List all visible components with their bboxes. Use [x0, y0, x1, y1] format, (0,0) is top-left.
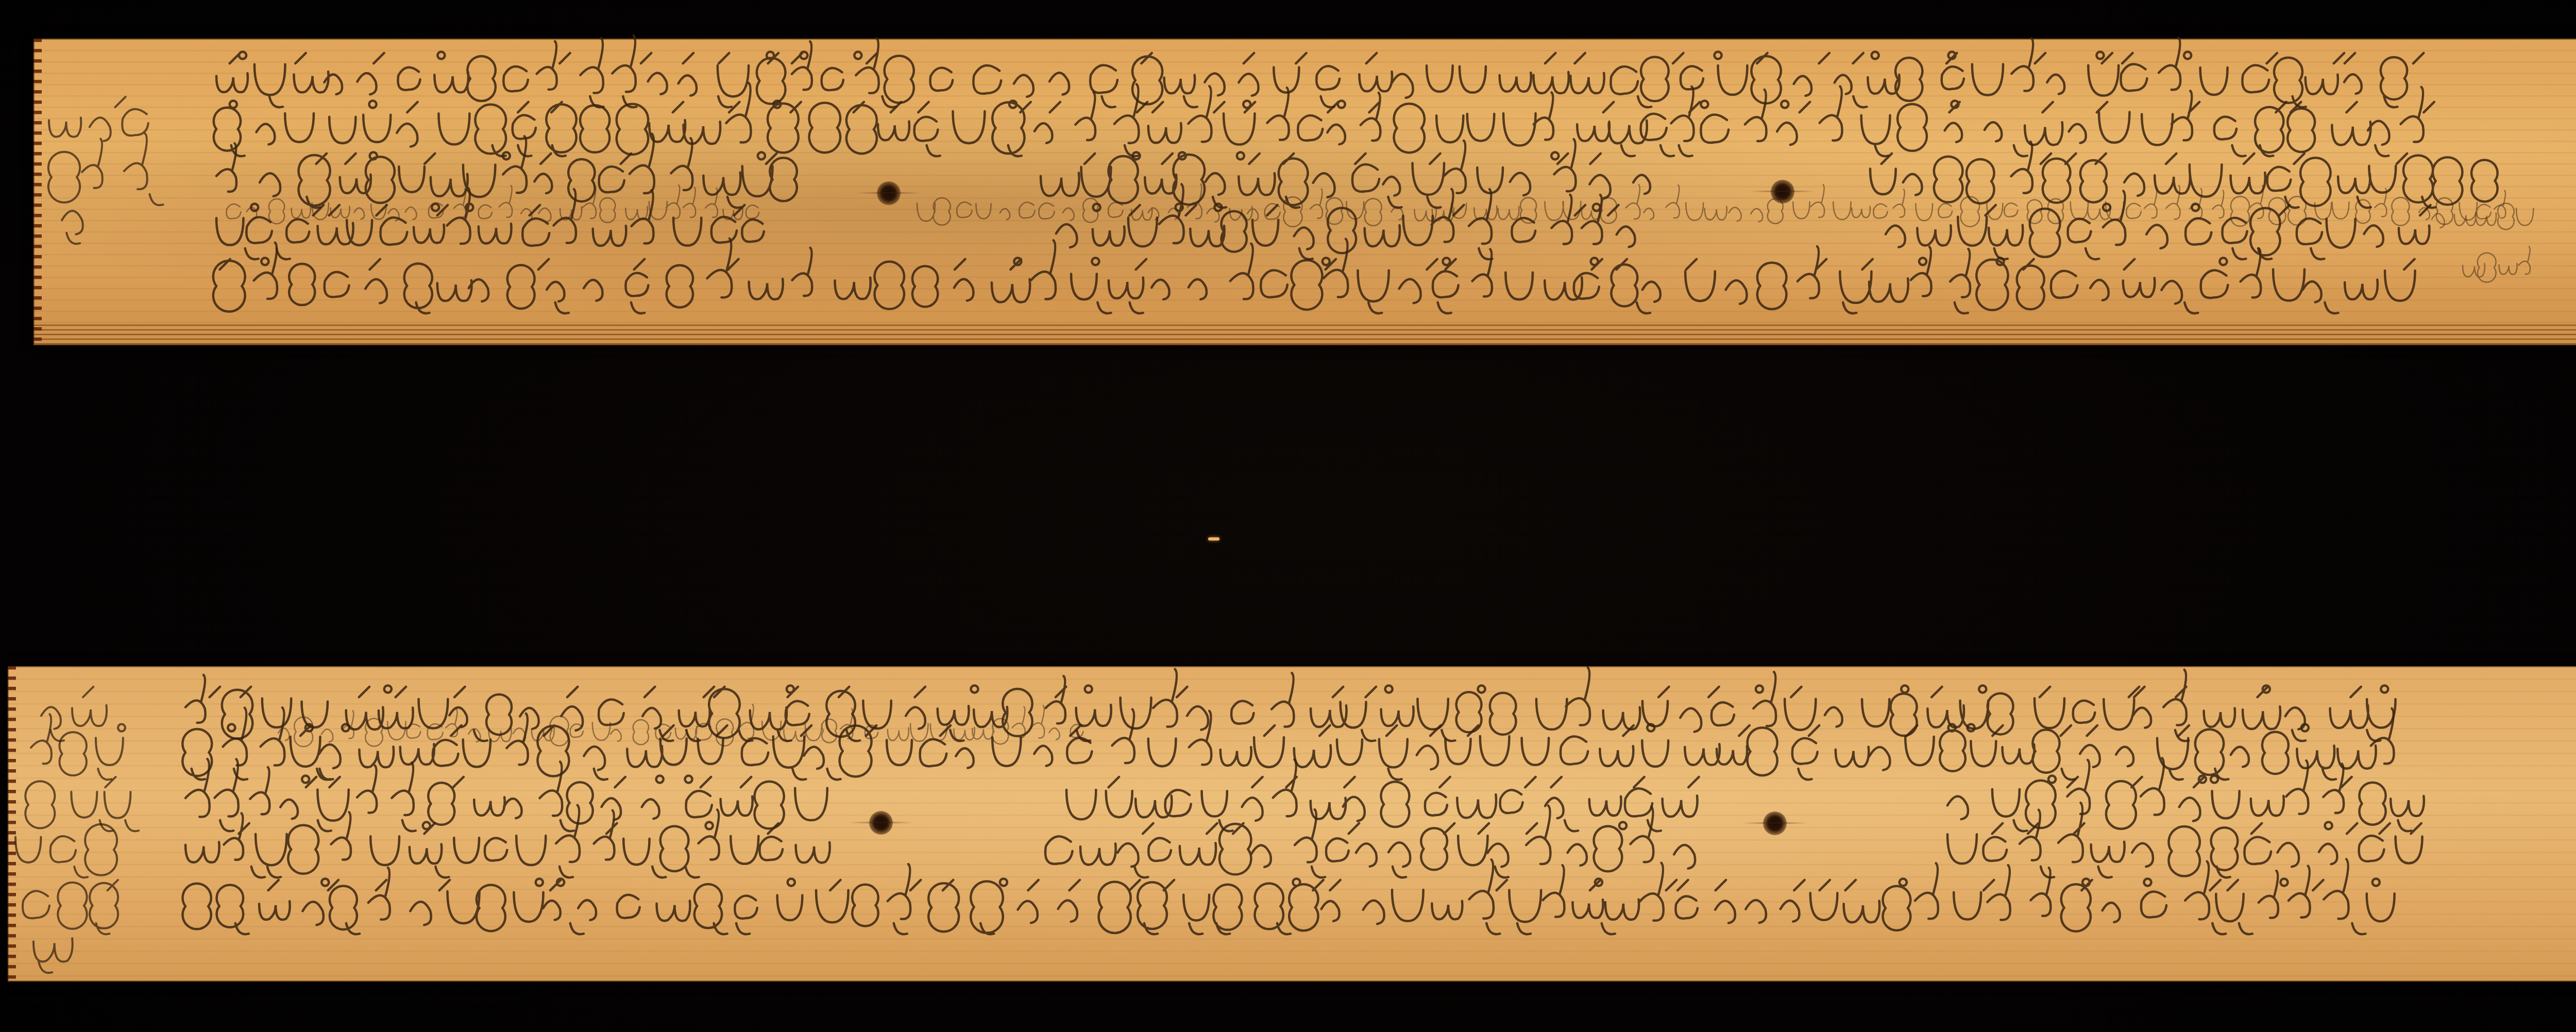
faint-script-line	[917, 184, 2505, 227]
script-line	[185, 667, 2396, 741]
string-hole	[877, 181, 901, 205]
script-line	[185, 805, 830, 878]
script-line	[214, 83, 2434, 156]
script-line	[15, 824, 117, 878]
script-line	[185, 759, 827, 831]
script-line	[25, 777, 139, 831]
script-line	[1056, 184, 1635, 259]
string-hole	[1763, 811, 1787, 835]
script-line	[62, 211, 83, 244]
script-line	[182, 859, 2394, 934]
script-line	[216, 36, 2424, 107]
script-line	[49, 97, 148, 141]
script-line	[216, 134, 797, 208]
script-line	[1041, 139, 1650, 208]
script-line	[48, 133, 163, 205]
string-hole	[869, 811, 893, 835]
dust-speck	[1208, 537, 1219, 540]
string-hole	[1771, 180, 1794, 204]
script-line	[1947, 803, 2422, 877]
script-line	[33, 938, 73, 973]
manuscript-script	[0, 0, 2576, 1032]
script-line	[23, 880, 118, 934]
script-layer	[0, 0, 2576, 1032]
script-line	[1947, 758, 2424, 831]
script-line	[1066, 759, 1699, 831]
faint-script-line	[2432, 204, 2533, 230]
faint-script-line	[2463, 246, 2530, 282]
script-line	[216, 188, 764, 259]
script-line	[31, 714, 125, 780]
